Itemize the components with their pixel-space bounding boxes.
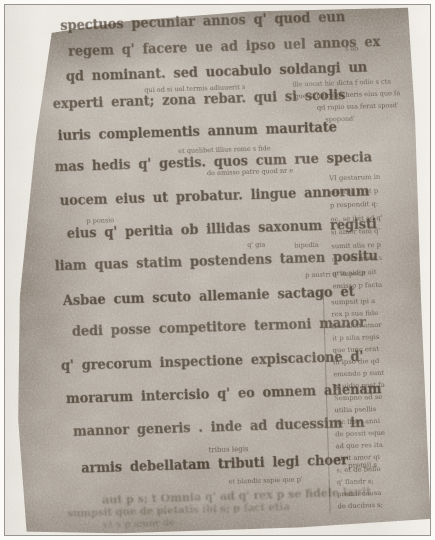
interlinear-gloss: et blandis sapie que p': [229, 476, 303, 485]
main-text-line: armis debellatam tributi legi choer: [81, 453, 348, 477]
photo-frame: spectuos pecuniar annos q' quod eun rege…: [4, 4, 431, 536]
main-text-line: mannor generis . inde ad ducessim in: [73, 415, 365, 440]
marginal-gloss: qd rapio sua ferat sposd': [317, 102, 399, 112]
interlinear-gloss: bipedia: [294, 242, 319, 250]
main-text-line: uocem eius ut probatur. lingue annorum: [60, 184, 370, 209]
manuscript-text-layer: spectuos pecuniar annos q' quod eun rege…: [4, 4, 431, 536]
margin-gloss-column-upper: VI gestarum in celi qui s; et p p respon…: [329, 171, 431, 296]
interlinear-gloss: q' gia: [247, 241, 265, 249]
interlinear-gloss: de amisso patre quod nr e: [207, 168, 293, 178]
faded-bottom-line: sumpsit que de pietatis ibi s; p fact et…: [67, 502, 290, 520]
gloss-line: emisso p facta: [332, 279, 431, 296]
main-text-line: regem q' facere ue ad ipso uel annos ex: [68, 34, 381, 59]
interlinear-gloss: tribus legis: [209, 446, 249, 454]
gloss-line: de ducibus s;: [337, 499, 431, 514]
interlinear-gloss: p ponsio: [86, 217, 114, 225]
marginal-gloss: spopond': [325, 116, 355, 124]
main-text-line: dedi posse competitore termoni manor: [72, 315, 366, 340]
main-text-line: q' grecorum inspectione expiscacione d': [61, 349, 364, 374]
main-text-line: Asbae cum scuto allemanie sactago et: [63, 284, 355, 309]
photo-plate: spectuos pecuniar annos q' quod eun rege…: [0, 0, 435, 540]
marginal-gloss: s ao: [345, 45, 358, 52]
main-text-line: iuris complementis annum mauritate: [57, 120, 337, 144]
main-text-line: spectuos pecuniar annos q' quod eun: [60, 10, 345, 35]
faded-bottom-line: et s p amor de: [103, 518, 175, 530]
margin-gloss-column-lower: sumpsit ipi a rex p sua fide hoc dicit a…: [331, 295, 431, 514]
marginal-gloss: que si mortuos heris eius que fa: [294, 90, 400, 100]
